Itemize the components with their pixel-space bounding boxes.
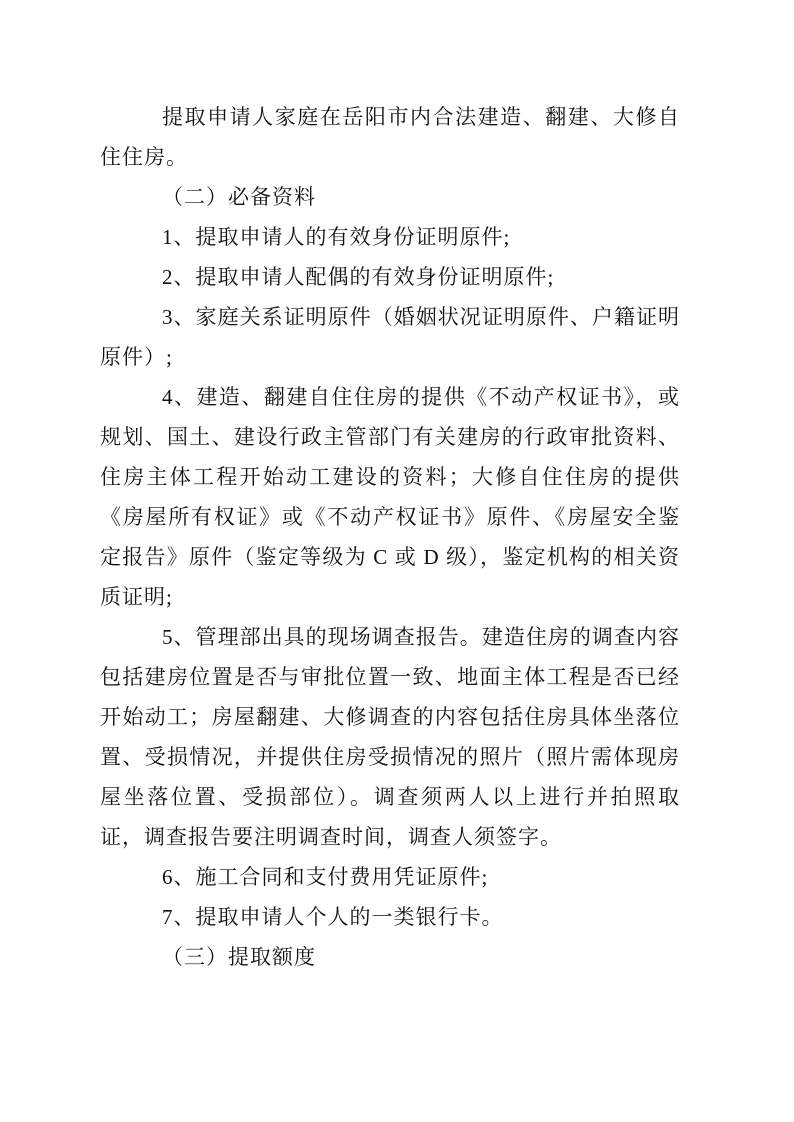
heading-required-materials: （二）必备资料 [100, 177, 680, 217]
document-text-block: 提取申请人家庭在岳阳市内合法建造、翻建、大修自住住房。 （二）必备资料 1、提取… [100, 97, 680, 977]
list-item-5-site-investigation-report: 5、管理部出具的现场调查报告。建造住房的调查内容包括建房位置是否与审批位置一致、… [100, 617, 680, 857]
heading-withdrawal-quota: （三）提取额度 [100, 937, 680, 977]
list-item-3-family-relation-proof: 3、家庭关系证明原件（婚姻状况证明原件、户籍证明原件）; [100, 297, 680, 377]
list-item-2-spouse-id: 2、提取申请人配偶的有效身份证明原件; [100, 257, 680, 297]
para-intro-eligibility: 提取申请人家庭在岳阳市内合法建造、翻建、大修自住住房。 [100, 97, 680, 177]
list-item-1-applicant-id: 1、提取申请人的有效身份证明原件; [100, 217, 680, 257]
list-item-6-construction-contract: 6、施工合同和支付费用凭证原件; [100, 857, 680, 897]
list-item-4-property-certificates: 4、建造、翻建自住住房的提供《不动产权证书》，或规划、国土、建设行政主管部门有关… [100, 377, 680, 617]
list-item-7-bank-card: 7、提取申请人个人的一类银行卡。 [100, 897, 680, 937]
document-page: 提取申请人家庭在岳阳市内合法建造、翻建、大修自住住房。 （二）必备资料 1、提取… [0, 0, 794, 1122]
